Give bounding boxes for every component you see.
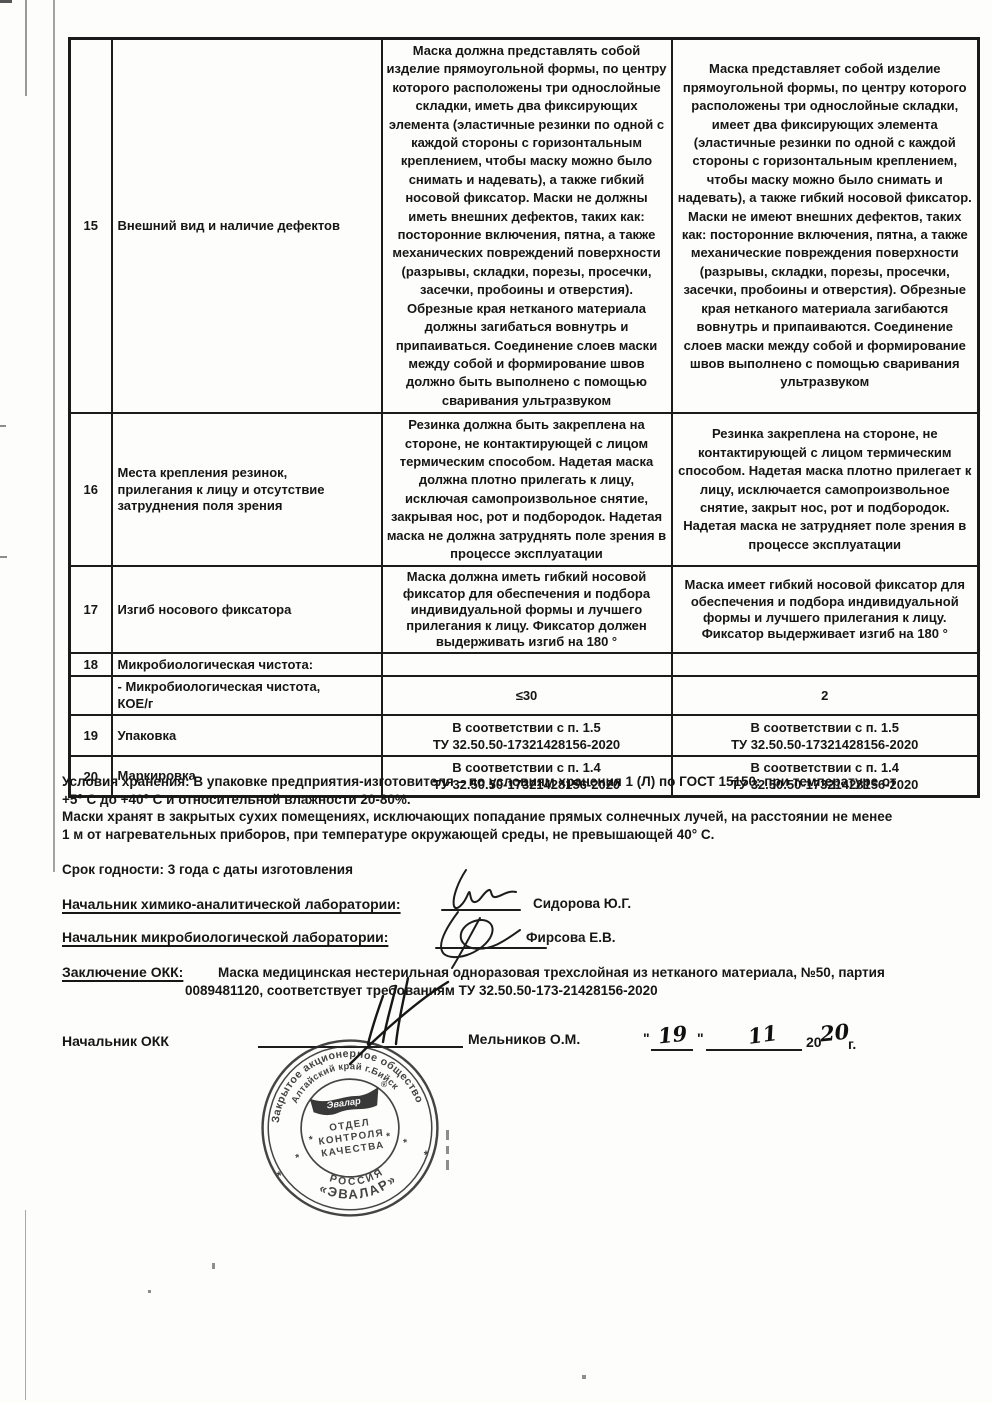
okk-conclusion-label: Заключение ОКК: [62, 964, 183, 980]
cell-actual: В соответствии с п. 1.5 ТУ 32.50.50-1732… [672, 715, 979, 756]
sidorova-name: Сидорова Ю.Г. [533, 896, 631, 911]
scan-speck [582, 1375, 586, 1379]
scanned-document-page: 15 Внешний вид и наличие дефектов Маска … [0, 0, 992, 1403]
cell-actual: Резинка закреплена на стороне, не контак… [672, 413, 979, 566]
table-row: - Микробиологическая чистота, КОЕ/г ≤30 … [70, 676, 979, 715]
cell-num: 18 [70, 653, 112, 676]
cell-num: 15 [70, 39, 112, 414]
date-day-handwritten: 19 [657, 1021, 689, 1049]
cell-num: 17 [70, 566, 112, 653]
date-month-handwritten: 11 [746, 1020, 778, 1049]
cell-num: 16 [70, 413, 112, 566]
cell-name: Микробиологическая чистота: [112, 653, 382, 676]
stamp-star: * [386, 1131, 392, 1143]
cell-num: 19 [70, 715, 112, 756]
scan-speck [446, 1146, 449, 1154]
qc-characteristics-table: 15 Внешний вид и наличие дефектов Маска … [68, 37, 980, 798]
table-row: 19 Упаковка В соответствии с п. 1.5 ТУ 3… [70, 715, 979, 756]
date-year-handwritten: 20 [819, 1019, 851, 1047]
cell-requirement: Маска должна иметь гибкий носовой фиксат… [382, 566, 672, 653]
scan-speck [0, 0, 12, 3]
signature-sidorova-firsova [428, 868, 618, 973]
scan-speck [446, 1160, 449, 1170]
scan-speck [0, 556, 7, 558]
cell-num [70, 676, 112, 715]
table-row: 16 Места крепления резинок, прилегания к… [70, 413, 979, 566]
scan-artifact-line [25, 1210, 26, 1400]
scan-speck [0, 425, 6, 427]
cell-actual: Маска представляет собой изделие прямоуг… [672, 39, 979, 414]
micro-lab-head-label: Начальник микробиологической лаборатории… [62, 929, 388, 945]
cell-requirement: ≤30 [382, 676, 672, 715]
signature-melnikov [340, 972, 470, 1067]
scan-artifact-line [53, 0, 55, 872]
chem-lab-head-label: Начальник химико-аналитической лаборатор… [62, 896, 401, 912]
table-row: 17 Изгиб носового фиксатора Маска должна… [70, 566, 979, 653]
okk-head-label: Начальник ОКК [62, 1033, 169, 1049]
melnikov-name: Мельников О.М. [468, 1031, 580, 1047]
firsova-name: Фирсова Е.В. [526, 930, 615, 945]
date-month-line [706, 1049, 802, 1051]
table-row: 15 Внешний вид и наличие дефектов Маска … [70, 39, 979, 414]
cell-name: Упаковка [112, 715, 382, 756]
stamp-star: * [403, 1137, 409, 1149]
cell-actual: 2 [672, 676, 979, 715]
okk-conclusion-text: Маска медицинская нестерильная одноразов… [185, 964, 925, 999]
stamp-star: * [295, 1153, 301, 1165]
scan-artifact-line [25, 0, 27, 96]
cell-name: Места крепления резинок, прилегания к ли… [112, 413, 382, 566]
table-row: 18 Микробиологическая чистота: [70, 653, 979, 676]
date-close-quote: " [697, 1030, 704, 1046]
date-year-suffix: г. [848, 1036, 856, 1052]
cell-name: Внешний вид и наличие дефектов [112, 39, 382, 414]
cell-name: - Микробиологическая чистота, КОЕ/г [112, 676, 382, 715]
stamp-star: * [308, 1135, 314, 1147]
date-open-quote: " [643, 1030, 650, 1046]
cell-actual [672, 653, 979, 676]
date-year-prefix: 20 [806, 1034, 822, 1050]
scan-speck [148, 1290, 151, 1293]
cell-requirement: Резинка должна быть закреплена на сторон… [382, 413, 672, 566]
cell-requirement: В соответствии с п. 1.5 ТУ 32.50.50-1732… [382, 715, 672, 756]
storage-conditions-text: Условия хранения: В упаковке предприятия… [62, 773, 980, 843]
date-day-line [651, 1049, 693, 1051]
scan-speck [446, 1130, 449, 1140]
scan-speck [212, 1263, 215, 1269]
cell-requirement: Маска должна представлять собой изделие … [382, 39, 672, 414]
stamp-star: * [276, 1168, 283, 1183]
cell-requirement [382, 653, 672, 676]
cell-actual: Маска имеет гибкий носовой фиксатор для … [672, 566, 979, 653]
cell-name: Изгиб носового фиксатора [112, 566, 382, 653]
